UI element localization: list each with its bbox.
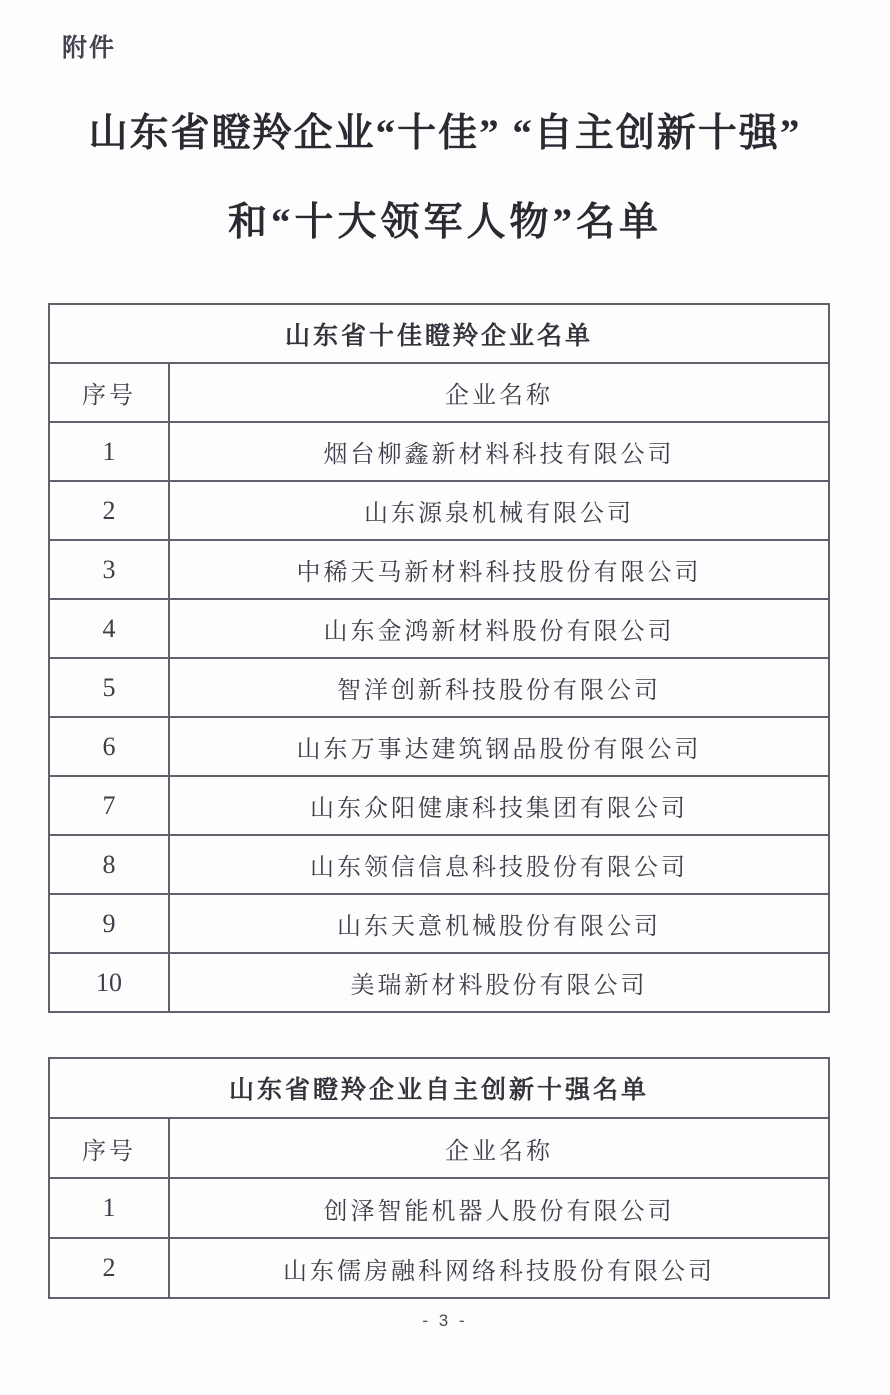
row-number: 8 [49, 835, 169, 894]
company-name: 中稀天马新材料科技股份有限公司 [169, 540, 829, 599]
row-number: 6 [49, 717, 169, 776]
company-name: 烟台柳鑫新材料科技有限公司 [169, 422, 829, 481]
row-number: 1 [49, 422, 169, 481]
table-row: 8 山东领信信息科技股份有限公司 [49, 835, 829, 894]
table-header-row: 序号 企业名称 [49, 1118, 829, 1178]
column-header-name: 企业名称 [169, 1118, 829, 1178]
document-title-line2: 和“十大领军人物”名单 [0, 197, 890, 249]
row-number: 7 [49, 776, 169, 835]
row-number: 3 [49, 540, 169, 599]
company-name: 山东万事达建筑钢品股份有限公司 [169, 717, 829, 776]
table-row: 4 山东金鸿新材料股份有限公司 [49, 599, 829, 658]
column-header-no: 序号 [49, 1118, 169, 1178]
table-row: 1 烟台柳鑫新材料科技有限公司 [49, 422, 829, 481]
page-number: - 3 - [0, 1311, 890, 1331]
table-title: 山东省瞪羚企业自主创新十强名单 [49, 1058, 829, 1118]
row-number: 9 [49, 894, 169, 953]
table-title: 山东省十佳瞪羚企业名单 [49, 304, 829, 363]
row-number: 1 [49, 1178, 169, 1238]
column-header-no: 序号 [49, 363, 169, 422]
company-name: 山东金鸿新材料股份有限公司 [169, 599, 829, 658]
table-title-row: 山东省十佳瞪羚企业名单 [49, 304, 829, 363]
table-row: 2 山东源泉机械有限公司 [49, 481, 829, 540]
table-row: 2 山东儒房融科网络科技股份有限公司 [49, 1238, 829, 1298]
table-row: 6 山东万事达建筑钢品股份有限公司 [49, 717, 829, 776]
row-number: 5 [49, 658, 169, 717]
company-name: 山东源泉机械有限公司 [169, 481, 829, 540]
row-number: 10 [49, 953, 169, 1012]
table-title-row: 山东省瞪羚企业自主创新十强名单 [49, 1058, 829, 1118]
row-number: 2 [49, 1238, 169, 1298]
company-name: 山东领信信息科技股份有限公司 [169, 835, 829, 894]
table-row: 1 创泽智能机器人股份有限公司 [49, 1178, 829, 1238]
document-title-line1: 山东省瞪羚企业“十佳” “自主创新十强” [0, 108, 890, 160]
document-title: 山东省瞪羚企业“十佳” “自主创新十强” 和“十大领军人物”名单 [0, 108, 890, 249]
table-header-row: 序号 企业名称 [49, 363, 829, 422]
company-name: 创泽智能机器人股份有限公司 [169, 1178, 829, 1238]
company-name: 山东众阳健康科技集团有限公司 [169, 776, 829, 835]
table-row: 7 山东众阳健康科技集团有限公司 [49, 776, 829, 835]
document-page: 附件 山东省瞪羚企业“十佳” “自主创新十强” 和“十大领军人物”名单 山东省十… [0, 0, 890, 1395]
company-name: 山东天意机械股份有限公司 [169, 894, 829, 953]
company-name: 美瑞新材料股份有限公司 [169, 953, 829, 1012]
row-number: 2 [49, 481, 169, 540]
table-row: 5 智洋创新科技股份有限公司 [49, 658, 829, 717]
table-row: 9 山东天意机械股份有限公司 [49, 894, 829, 953]
table-row: 10 美瑞新材料股份有限公司 [49, 953, 829, 1012]
table-row: 3 中稀天马新材料科技股份有限公司 [49, 540, 829, 599]
table-top10-gazelle: 山东省十佳瞪羚企业名单 序号 企业名称 1 烟台柳鑫新材料科技有限公司 2 山东… [48, 303, 830, 1013]
company-name: 山东儒房融科网络科技股份有限公司 [169, 1238, 829, 1298]
table-innovation-top10: 山东省瞪羚企业自主创新十强名单 序号 企业名称 1 创泽智能机器人股份有限公司 … [48, 1057, 830, 1299]
row-number: 4 [49, 599, 169, 658]
column-header-name: 企业名称 [169, 363, 829, 422]
company-name: 智洋创新科技股份有限公司 [169, 658, 829, 717]
attachment-label: 附件 [62, 28, 116, 64]
